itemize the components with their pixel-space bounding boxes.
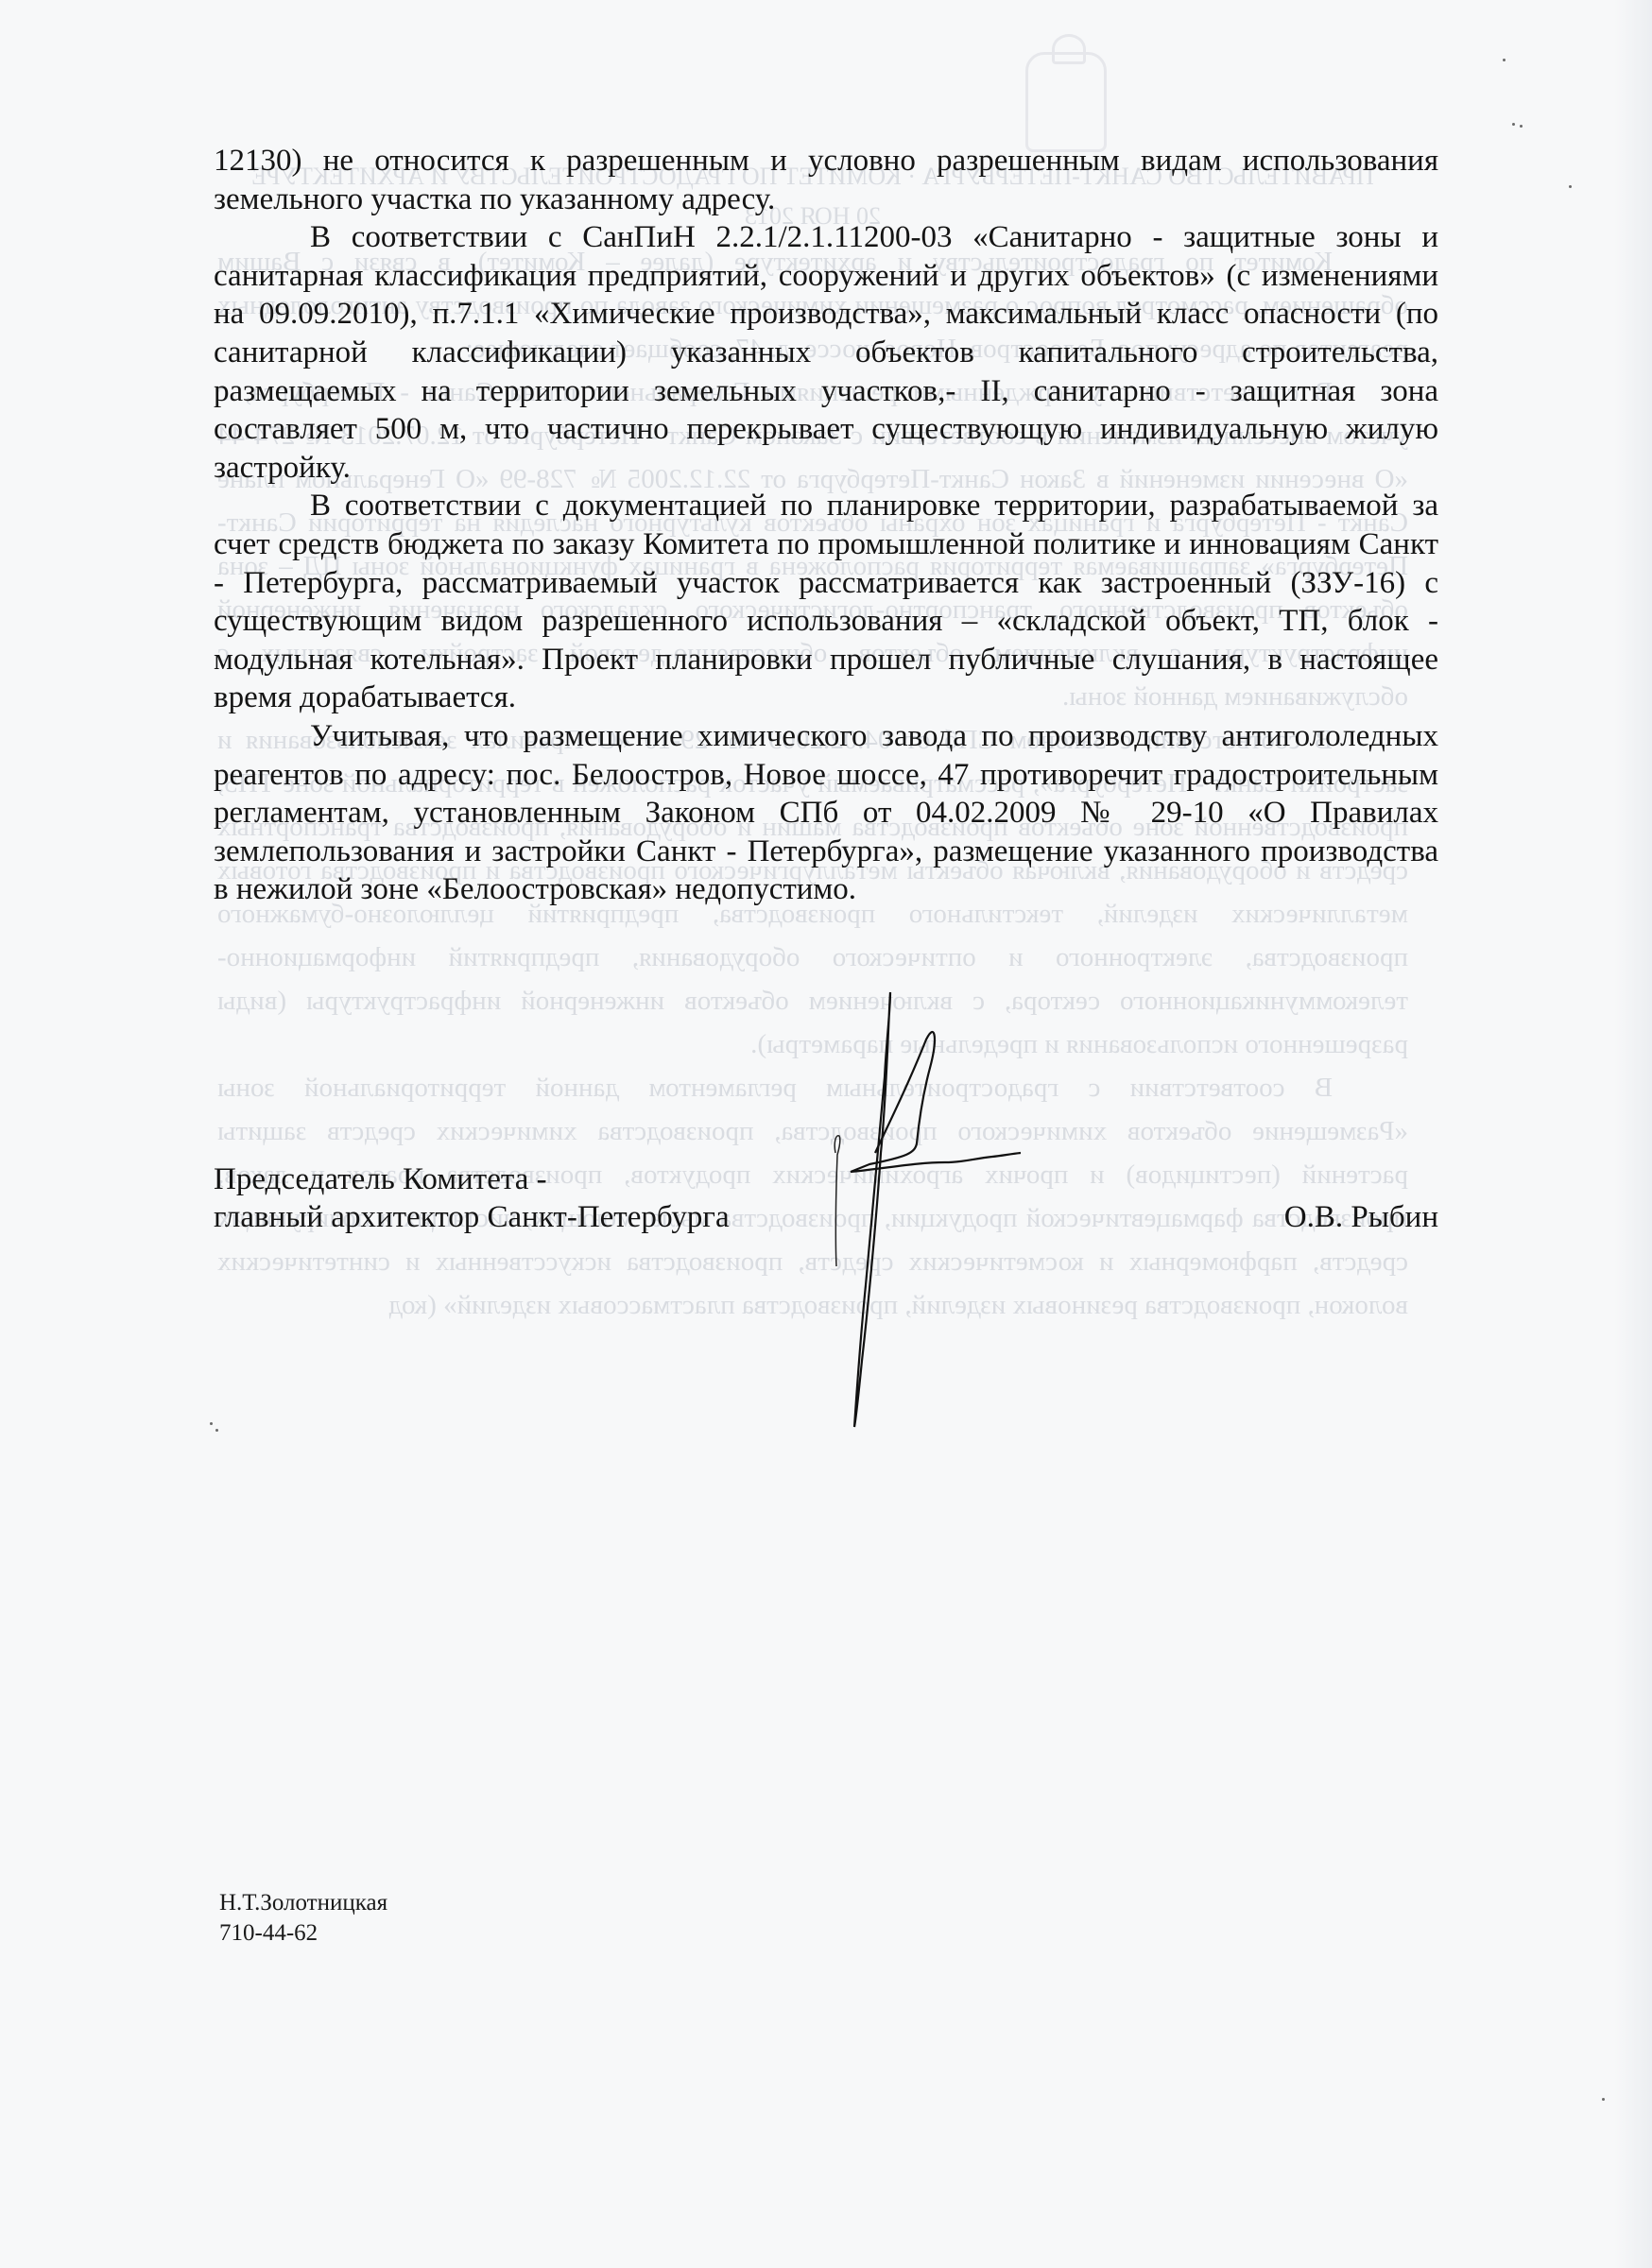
signatory-title-line1: Председатель Комитета - [214,1160,1438,1198]
signatory-title-line2: главный архитектор Санкт-Петербурга [214,1198,730,1236]
paragraph-planning-docs: В соответствии с документацией по планир… [214,487,1438,717]
letter-body: 12130) не относится к разрешенным и усло… [214,142,1438,909]
paragraph-conclusion: Учитывая, что размещение химического зав… [214,717,1438,909]
executor-phone: 710-44-62 [219,1918,387,1949]
paragraph-continuation: 12130) не относится к разрешенным и усло… [214,142,1438,218]
paragraph-sanpin: В соответствии с СанПиН 2.2.1/2.1.11200-… [214,218,1438,487]
signature-block: Председатель Комитета - главный архитект… [214,1160,1438,1236]
executor-name: Н.Т.Золотницкая [219,1888,387,1918]
page-edge [1614,0,1652,2268]
executor-contact: Н.Т.Золотницкая 710-44-62 [219,1888,387,1949]
signatory-name: О.В. Рыбин [1284,1198,1438,1236]
coat-of-arms-icon [1025,52,1107,152]
